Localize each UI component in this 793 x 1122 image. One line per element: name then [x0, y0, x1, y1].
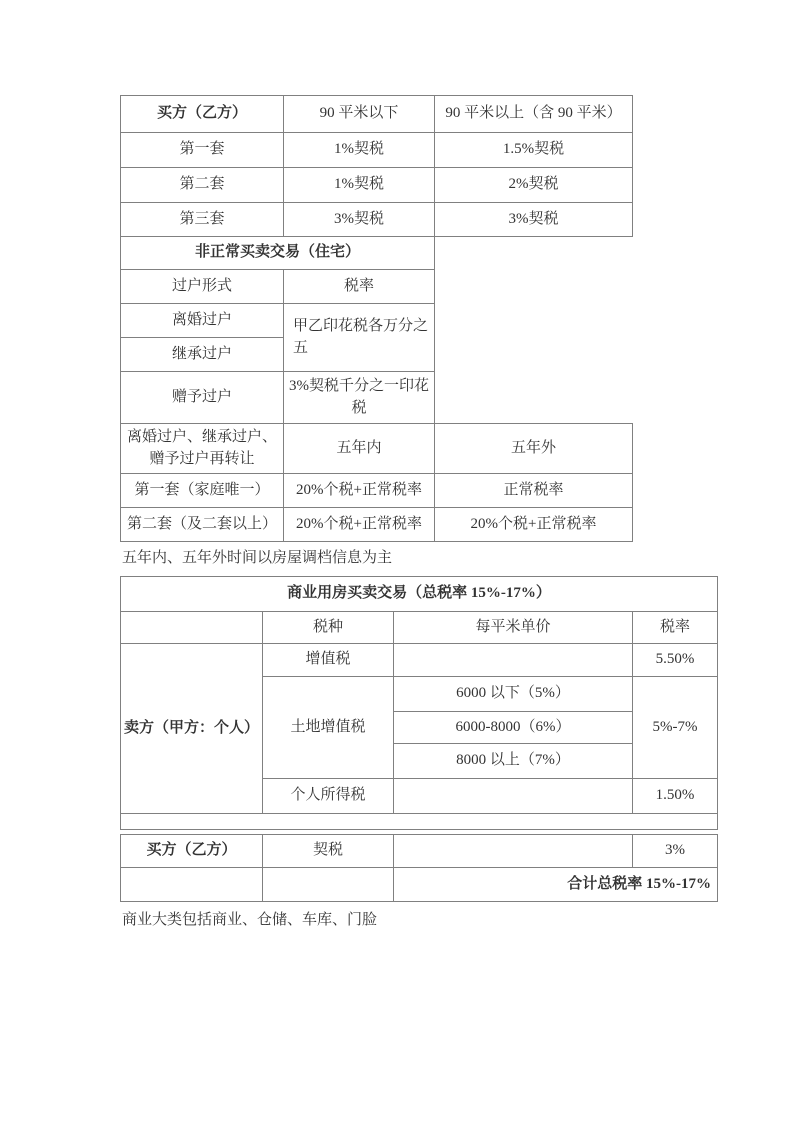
land-vat-tier3-cell: 8000 以上（7%）: [394, 744, 633, 779]
spacer-row-cell: [121, 814, 718, 830]
table-row: 税种 每平米单价 税率: [121, 612, 718, 644]
table-cell: 1%契税: [284, 168, 435, 203]
table-cell: 20%个税+正常税率: [284, 508, 435, 542]
table-row: 离婚过户 甲乙印花税各万分之 五: [121, 304, 633, 338]
table-cell: 2%契税: [435, 168, 633, 203]
land-vat-tier2-cell: 6000-8000（6%）: [394, 712, 633, 744]
table-row: 买方（乙方） 契税 3%: [121, 835, 718, 868]
buyer-label-cell: 买方（乙方）: [121, 835, 263, 868]
gift-transfer-tax-cell: 3%契税千分之一印花 税: [284, 372, 435, 424]
table-row: 非正常买卖交易（住宅）: [121, 237, 633, 270]
empty-region: [435, 372, 633, 424]
table-cell: 第三套: [121, 203, 284, 237]
empty-cell: [394, 779, 633, 814]
table-row: 第二套（及二套以上） 20%个税+正常税率 20%个税+正常税率: [121, 508, 633, 542]
deed-tax-name-cell: 契税: [263, 835, 394, 868]
table-cell: 五年内: [284, 424, 435, 474]
table-cell: 税率: [284, 270, 435, 304]
table-cell: 3%契税: [435, 203, 633, 237]
table-row: 第一套（家庭唯一） 20%个税+正常税率 正常税率: [121, 474, 633, 508]
table-cell: 第二套: [121, 168, 284, 203]
over-90sqm-header-cell: 90 平米以上（含 90 平米）: [435, 96, 633, 133]
income-tax-rate-cell: 1.50%: [633, 779, 718, 814]
under-90sqm-header-cell: 90 平米以下: [284, 96, 435, 133]
table-cell: 五年外: [435, 424, 633, 474]
table-row: 合计总税率 15%-17%: [121, 868, 718, 902]
empty-cell: [394, 644, 633, 677]
table-cell: 1%契税: [284, 133, 435, 168]
table-row: [121, 814, 718, 830]
table-row: 第一套 1%契税 1.5%契税: [121, 133, 633, 168]
note-under-commercial-table: 商业大类包括商业、仓储、车库、门脸: [122, 910, 793, 930]
empty-region: [435, 237, 633, 270]
seller-label-cell: 卖方（甲方：个人）: [121, 644, 263, 814]
document-page: 买方（乙方） 90 平米以下 90 平米以上（含 90 平米） 第一套 1%契税…: [0, 0, 793, 1122]
rate-header: 税率: [633, 612, 718, 644]
empty-cell: [394, 835, 633, 868]
commercial-tax-table: 商业用房买卖交易（总税率 15%-17%） 税种 每平米单价 税率 卖方（甲方：…: [120, 576, 718, 830]
stamp-duty-cell: 甲乙印花税各万分之 五: [284, 304, 435, 372]
abnormal-transaction-section-header: 非正常买卖交易（住宅）: [121, 237, 435, 270]
table-cell: 20%个税+正常税率: [284, 474, 435, 508]
table-row: 第三套 3%契税 3%契税: [121, 203, 633, 237]
buyer-header-cell: 买方（乙方）: [121, 96, 284, 133]
table-row: 买方（乙方） 90 平米以下 90 平米以上（含 90 平米）: [121, 96, 633, 133]
table-cell: 3%契税: [284, 203, 435, 237]
table-cell: 第一套（家庭唯一）: [121, 474, 284, 508]
table-row: 离婚过户、继承过户、 赠予过户再转让 五年内 五年外: [121, 424, 633, 474]
table-cell: 过户形式: [121, 270, 284, 304]
empty-cell: [263, 868, 394, 902]
table-row: 过户形式 税率: [121, 270, 633, 304]
table-row: 第二套 1%契税 2%契税: [121, 168, 633, 203]
land-vat-tier1-cell: 6000 以下（5%）: [394, 677, 633, 712]
table-row: 卖方（甲方：个人） 增值税 5.50%: [121, 644, 718, 677]
table-cell: 正常税率: [435, 474, 633, 508]
land-vat-rate-cell: 5%-7%: [633, 677, 718, 779]
vat-name-cell: 增值税: [263, 644, 394, 677]
table-cell: 1.5%契税: [435, 133, 633, 168]
commercial-tax-table-buyer-section: 买方（乙方） 契税 3% 合计总税率 15%-17%: [120, 834, 718, 902]
empty-region: [435, 338, 633, 372]
empty-region: [435, 304, 633, 338]
tax-type-header: 税种: [263, 612, 394, 644]
unit-price-header: 每平米单价: [394, 612, 633, 644]
residential-tax-table: 买方（乙方） 90 平米以下 90 平米以上（含 90 平米） 第一套 1%契税…: [120, 95, 633, 542]
resale-header-cell: 离婚过户、继承过户、 赠予过户再转让: [121, 424, 284, 474]
table-cell: 第一套: [121, 133, 284, 168]
table-cell: 20%个税+正常税率: [435, 508, 633, 542]
income-tax-name-cell: 个人所得税: [263, 779, 394, 814]
empty-region: [435, 270, 633, 304]
table-cell: 离婚过户: [121, 304, 284, 338]
note-under-residential-table: 五年内、五年外时间以房屋调档信息为主: [122, 548, 793, 568]
table-cell: 第二套（及二套以上）: [121, 508, 284, 542]
empty-cell: [121, 612, 263, 644]
land-vat-name-cell: 土地增值税: [263, 677, 394, 779]
total-rate-cell: 合计总税率 15%-17%: [394, 868, 718, 902]
deed-tax-rate-cell: 3%: [633, 835, 718, 868]
table-row: 赠予过户 3%契税千分之一印花 税: [121, 372, 633, 424]
empty-cell: [121, 868, 263, 902]
vat-rate-cell: 5.50%: [633, 644, 718, 677]
table-row: 商业用房买卖交易（总税率 15%-17%）: [121, 577, 718, 612]
table-cell: 继承过户: [121, 338, 284, 372]
commercial-table-title: 商业用房买卖交易（总税率 15%-17%）: [121, 577, 718, 612]
table-cell: 赠予过户: [121, 372, 284, 424]
